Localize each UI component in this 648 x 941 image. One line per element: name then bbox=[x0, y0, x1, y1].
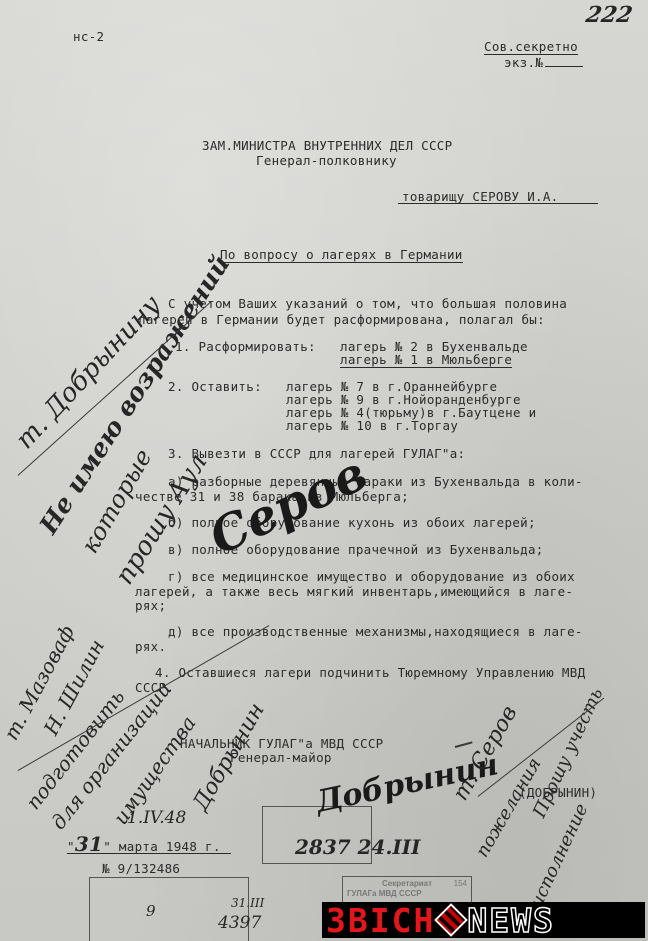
signature-title: НАЧАЛЬНИК ГУЛАГ"а МВД СССР bbox=[180, 737, 383, 750]
document-number-text: № 9/132486 bbox=[102, 861, 180, 876]
secretariat-title: Секретариат bbox=[347, 879, 467, 889]
copy-number-label: экз.№ bbox=[504, 56, 583, 69]
item1-label: 1. Расформировать: bbox=[175, 340, 316, 353]
subject-line: По вопросу о лагерях в Германии bbox=[220, 248, 463, 263]
date-rest: марта 1948 г. bbox=[119, 839, 221, 854]
item4-line-1: 4. Оставшиеся лагери подчинить Тюремному… bbox=[155, 666, 585, 679]
watermark-red-text: ЗВІСН bbox=[326, 901, 435, 940]
secretariat-code: 154 bbox=[454, 879, 467, 889]
page-number-handwritten: 222 bbox=[584, 2, 635, 28]
item3-g-line-3: рях; bbox=[135, 599, 166, 612]
addressee-name: товарищу СЕРОВУ И.А. bbox=[398, 190, 598, 204]
item1-line-2: лагерь № 1 в Мюльберге bbox=[340, 353, 512, 368]
item3-g-line-2: лагерей, а также весь мягкий инвентарь,и… bbox=[135, 585, 573, 598]
item2-label: 2. Оставить: bbox=[168, 380, 262, 393]
addressee-title: ЗАМ.МИНИСТРА ВНУТРЕННИХ ДЕЛ СССР bbox=[202, 139, 452, 152]
item3-g-line-1: г) все медицинское имущество и оборудова… bbox=[168, 570, 575, 583]
registry-box-number-1: 9 bbox=[146, 902, 156, 920]
classification-label: Сов.секретно bbox=[484, 40, 578, 55]
item2-line-4: лагерь № 10 в г.Торгау bbox=[286, 419, 458, 432]
secretariat-sub: ГУЛАГа МВД СССР bbox=[347, 889, 467, 899]
date-day-handwritten: 31 bbox=[75, 832, 103, 856]
registry-box-number-3: 4397 bbox=[218, 913, 261, 933]
registration-number-handwritten: 2837 24.III bbox=[295, 835, 421, 859]
registry-box-number-2: 31.III bbox=[231, 896, 264, 910]
item3-d-line-2: рях. bbox=[135, 640, 166, 653]
document-number: № 9/132486 bbox=[102, 862, 180, 875]
item3-d-line-1: д) все производственные механизмы,находя… bbox=[168, 625, 583, 638]
item3-a-line-1: а) разборные деревянные бараки из Бухенв… bbox=[168, 475, 583, 488]
copy-label: экз.№ bbox=[504, 55, 543, 70]
checkered-diamond-icon bbox=[434, 903, 468, 937]
intro-line-1: С учетом Ваших указаний о том, что больш… bbox=[168, 297, 567, 310]
watermark-logo: ЗВІСН NEWS bbox=[322, 902, 645, 938]
addressee-rank: Генерал-полковнику bbox=[256, 154, 397, 167]
document-date: "31" марта 1948 г. bbox=[67, 838, 231, 854]
watermark-white-text: NEWS bbox=[467, 901, 554, 940]
reference-code: нс-2 bbox=[73, 30, 104, 43]
addressee-name-text: товарищу СЕРОВУ И.А. bbox=[402, 189, 559, 204]
item3-label: 3. Вывезти в СССР для лагерей ГУЛАГ"а: bbox=[168, 447, 465, 460]
